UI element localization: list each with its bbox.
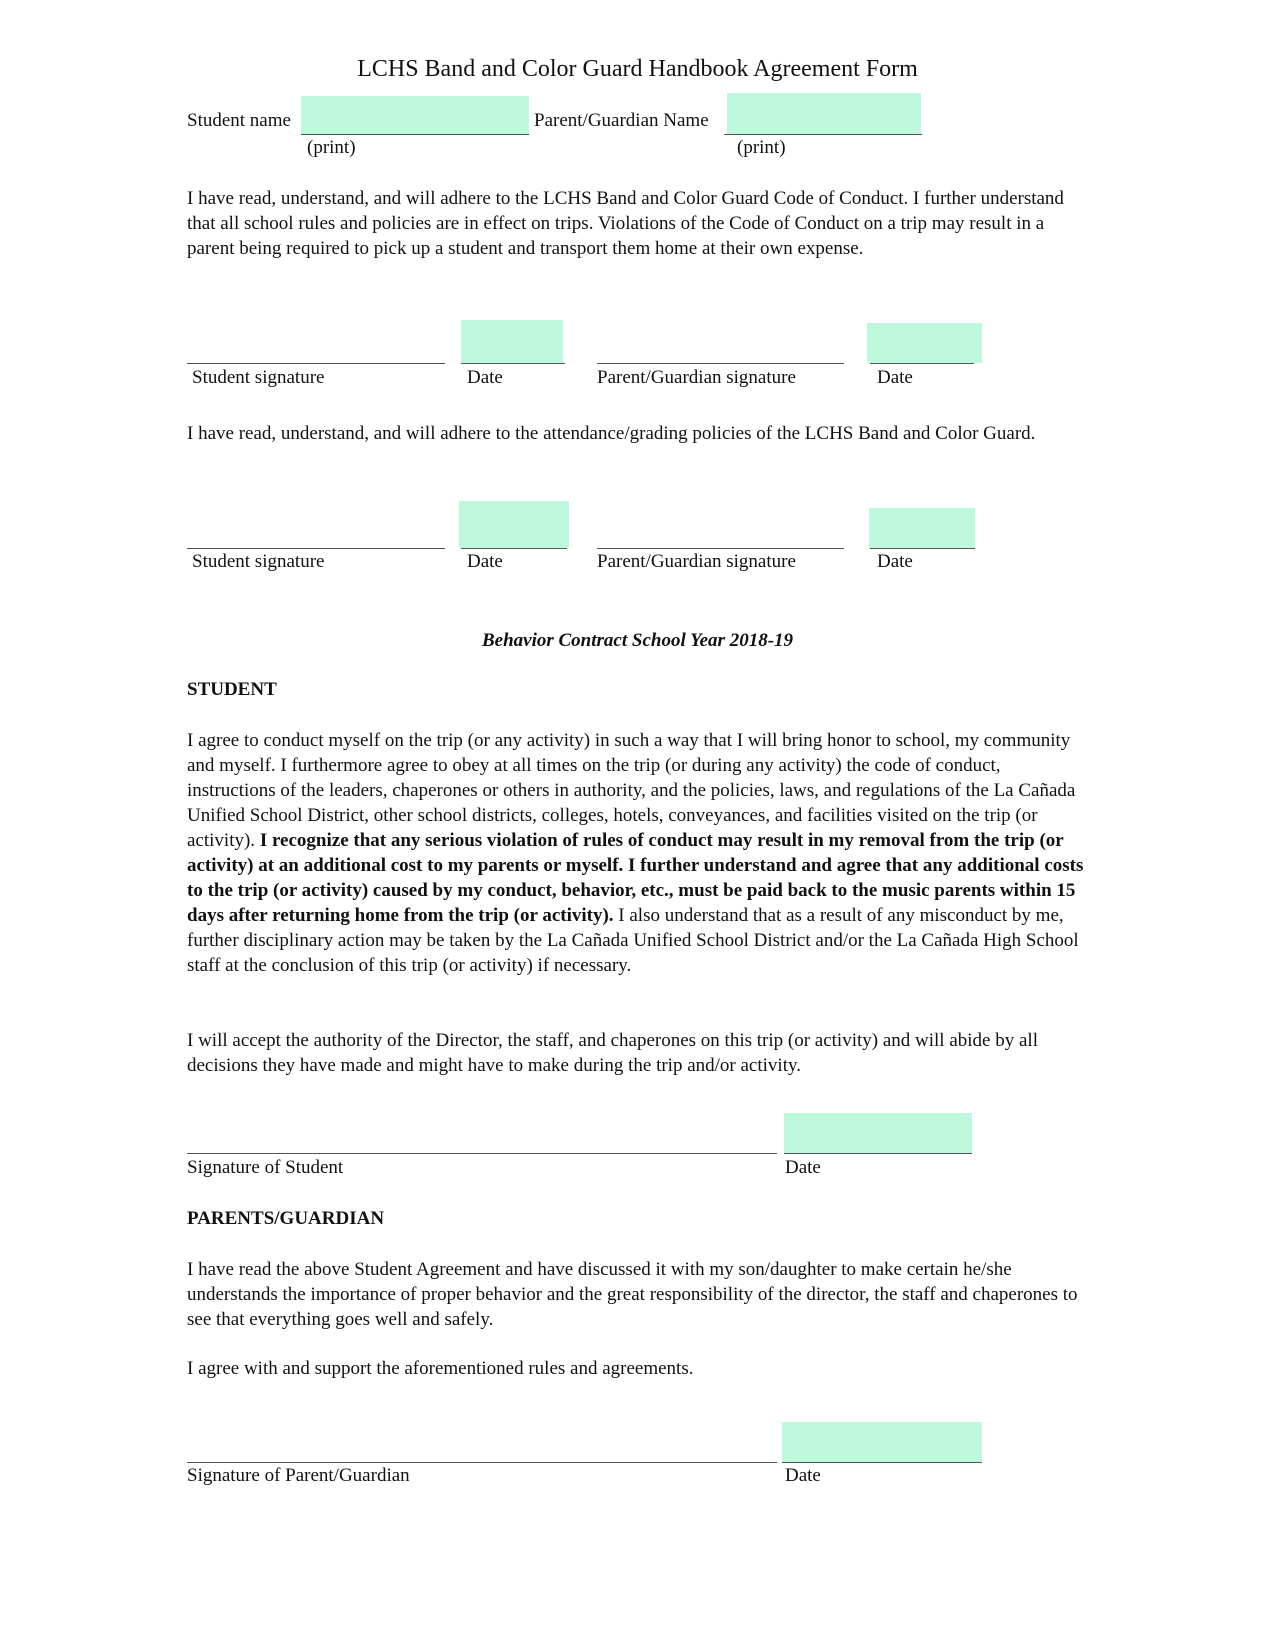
parent-name-underline — [724, 134, 922, 135]
student-date-field[interactable] — [784, 1113, 972, 1153]
date-underline-2 — [870, 363, 974, 364]
student-agreement-paragraph: I agree to conduct myself on the trip (o… — [187, 728, 1087, 978]
parent-date-label: Date — [785, 1465, 821, 1487]
student-signature-line-2[interactable] — [187, 548, 445, 549]
student-name-hint: (print) — [307, 137, 356, 159]
parent-date-underline — [782, 1462, 982, 1463]
date-label-4: Date — [877, 551, 913, 573]
student-signature-line-1[interactable] — [187, 363, 445, 364]
parent-name-field[interactable] — [727, 93, 921, 135]
date-label-1: Date — [467, 367, 503, 389]
contract-title: Behavior Contract School Year 2018-19 — [0, 630, 1275, 652]
date-field-4[interactable] — [869, 508, 975, 548]
student-heading: STUDENT — [187, 679, 277, 701]
student-authority-paragraph: I will accept the authority of the Direc… — [187, 1028, 1087, 1078]
date-field-2[interactable] — [867, 323, 982, 363]
student-name-underline — [301, 134, 529, 135]
student-signature-label-1: Student signature — [192, 367, 324, 389]
parent-signature-line-1[interactable] — [597, 363, 844, 364]
date-label-3: Date — [467, 551, 503, 573]
student-name-label: Student name — [187, 110, 291, 132]
student-date-underline — [784, 1153, 972, 1154]
student-name-field[interactable] — [301, 96, 529, 135]
attendance-text: I have read, understand, and will adhere… — [187, 421, 1087, 446]
signature-of-student-label: Signature of Student — [187, 1157, 343, 1179]
date-field-1[interactable] — [461, 320, 563, 363]
parent-name-label: Parent/Guardian Name — [534, 110, 709, 132]
form-title: LCHS Band and Color Guard Handbook Agree… — [0, 56, 1275, 83]
parents-heading: PARENTS/GUARDIAN — [187, 1208, 384, 1230]
date-label-2: Date — [877, 367, 913, 389]
parent-signature-label-1: Parent/Guardian signature — [597, 367, 796, 389]
student-signature-line-3[interactable] — [187, 1153, 777, 1154]
parent-support-paragraph: I agree with and support the aforementio… — [187, 1356, 1087, 1381]
student-signature-label-2: Student signature — [192, 551, 324, 573]
student-date-label: Date — [785, 1157, 821, 1179]
parent-date-field[interactable] — [782, 1422, 982, 1462]
date-field-3[interactable] — [459, 501, 569, 548]
parent-agreement-paragraph: I have read the above Student Agreement … — [187, 1257, 1087, 1332]
parent-signature-line-2[interactable] — [597, 548, 844, 549]
date-underline-4 — [870, 548, 975, 549]
parent-signature-label-2: Parent/Guardian signature — [597, 551, 796, 573]
date-underline-3 — [461, 548, 567, 549]
parent-name-hint: (print) — [737, 137, 786, 159]
code-of-conduct-text: I have read, understand, and will adhere… — [187, 186, 1087, 261]
date-underline-1 — [461, 363, 565, 364]
signature-of-parent-label: Signature of Parent/Guardian — [187, 1465, 410, 1487]
parent-signature-line-3[interactable] — [187, 1462, 777, 1463]
